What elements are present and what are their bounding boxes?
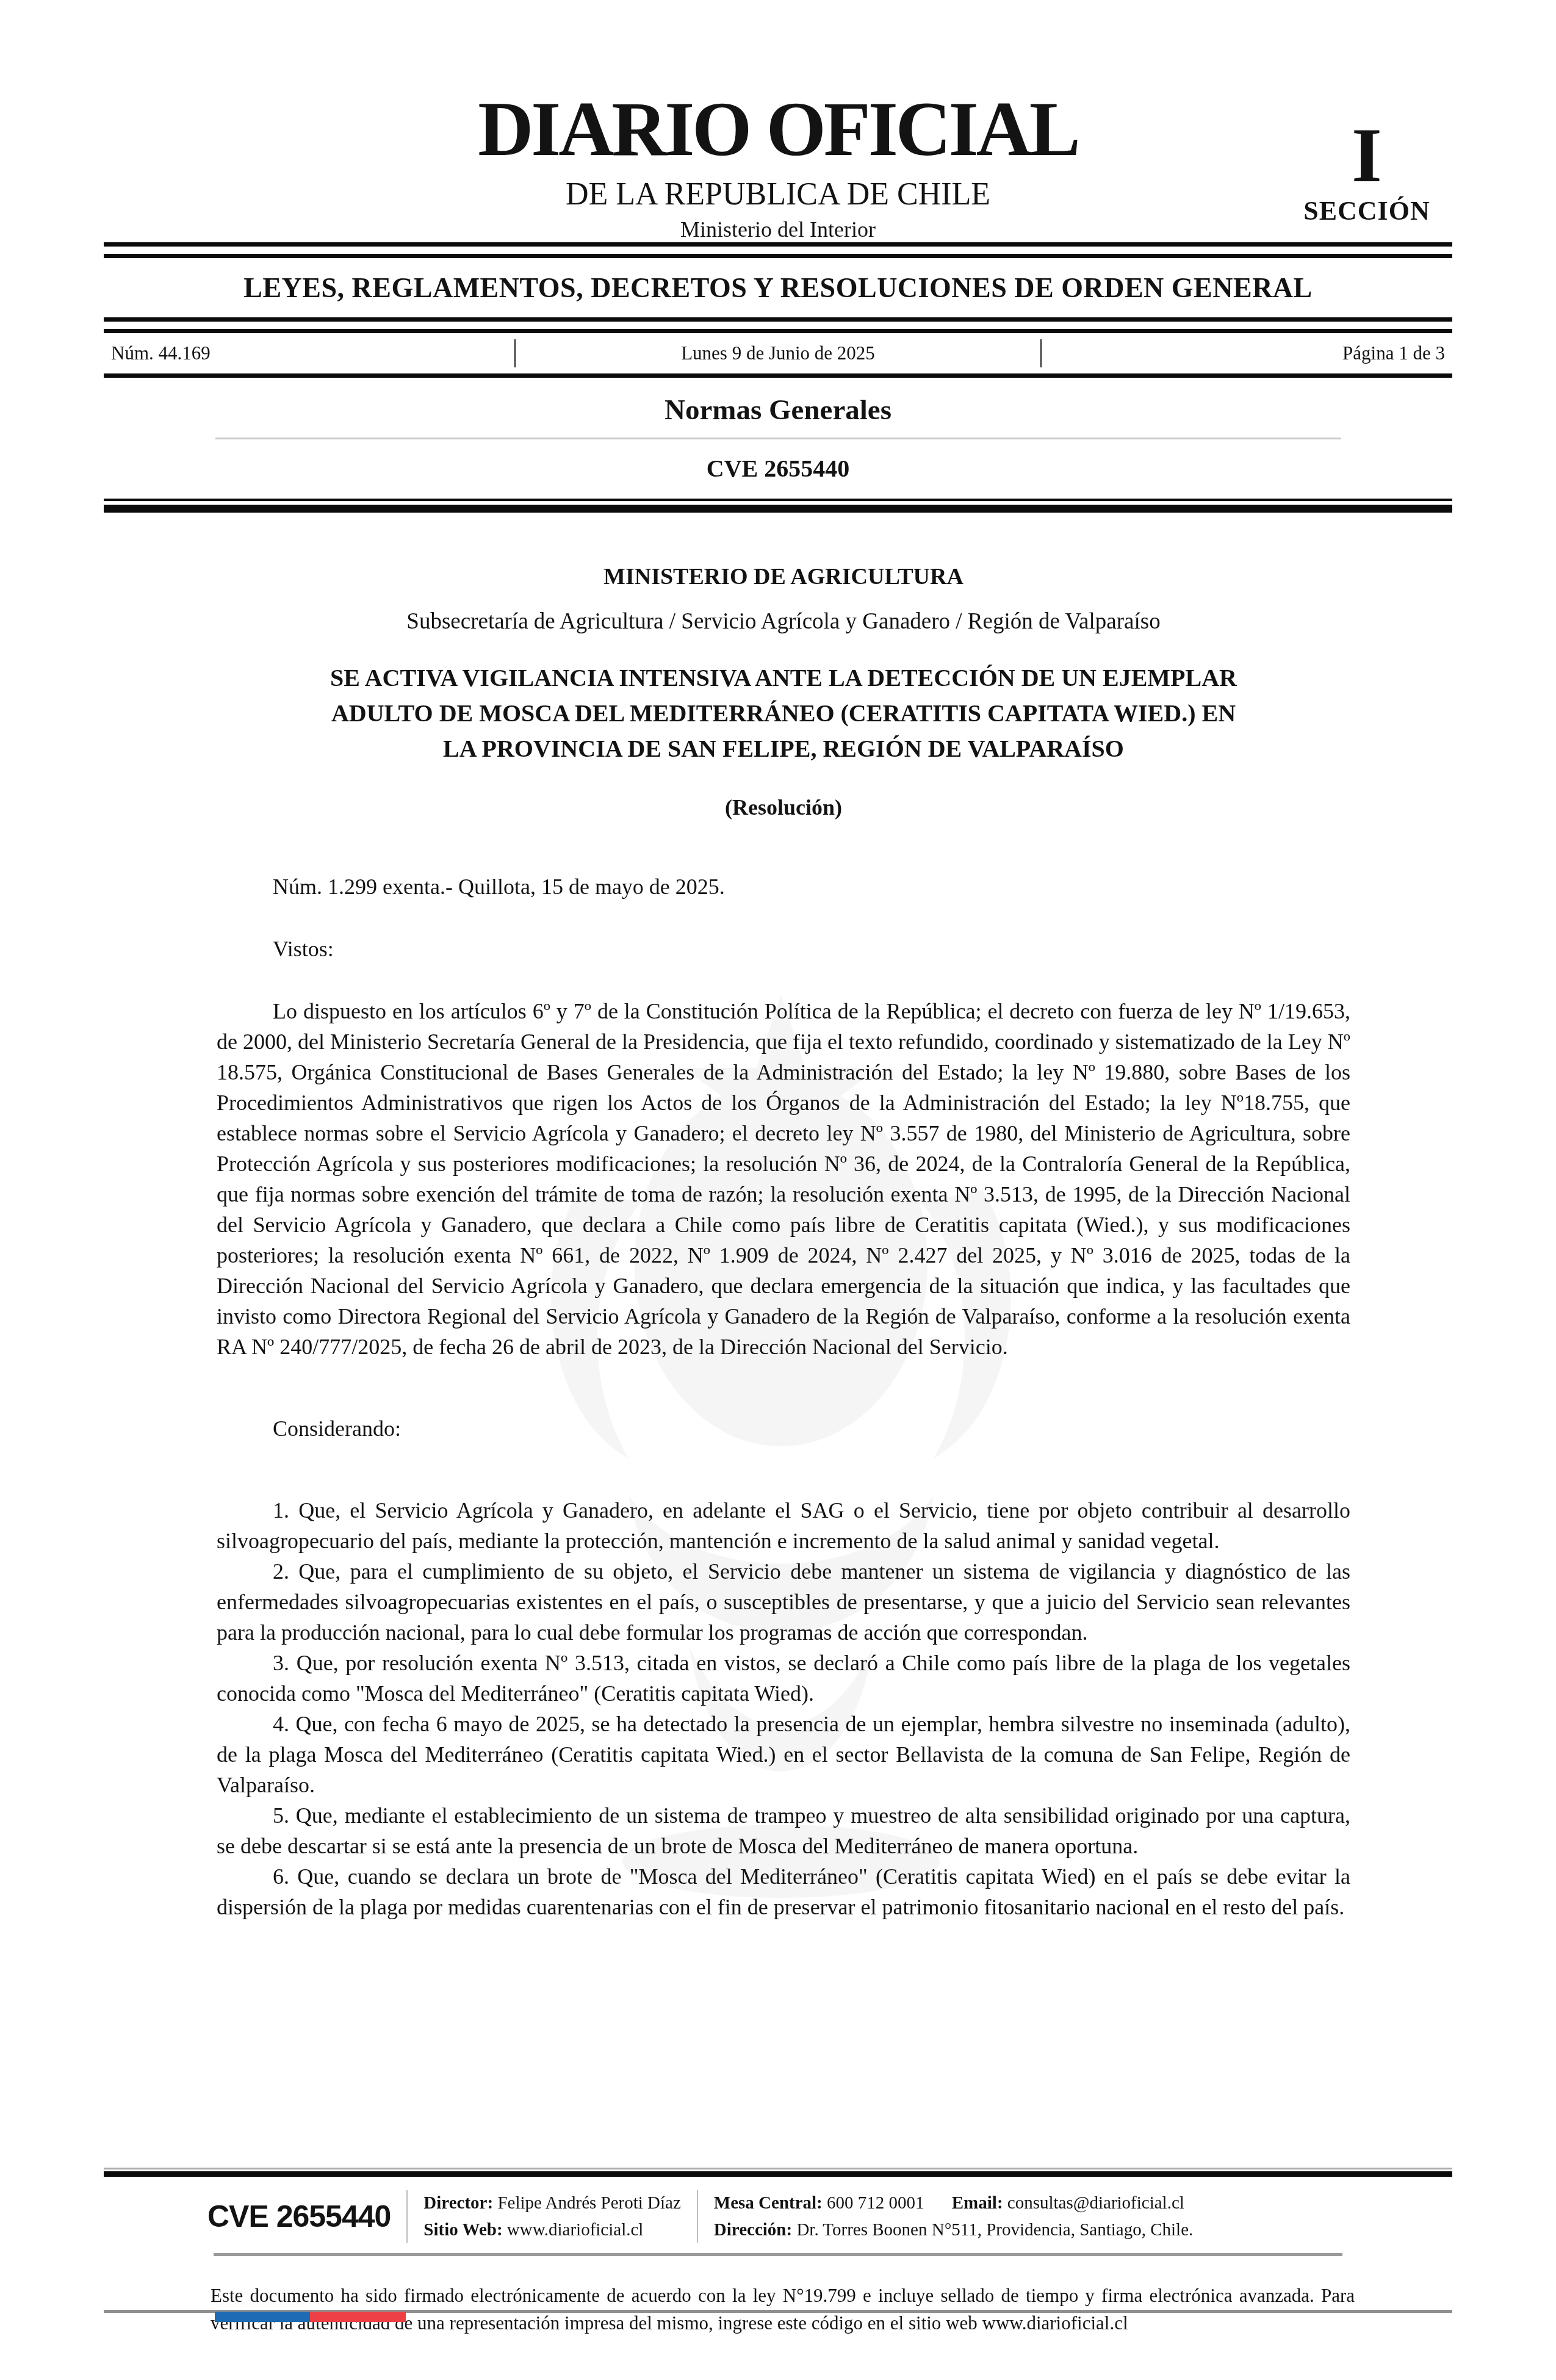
phone-label: Mesa Central: — [714, 2193, 823, 2213]
resolution-number-line: Núm. 1.299 exenta.- Quillota, 15 de mayo… — [217, 871, 1350, 902]
footer-top-rule — [104, 2168, 1452, 2177]
gazette-page: DIARIO OFICIAL DE LA REPUBLICA DE CHILE … — [0, 0, 1556, 2380]
header: DIARIO OFICIAL DE LA REPUBLICA DE CHILE … — [0, 0, 1556, 513]
director-line: Director: Felipe Andrés Peroti Díaz — [423, 2190, 680, 2216]
article-title-line: ADULTO DE MOSCA DEL MEDITERRÁNEO (CERATI… — [217, 696, 1350, 731]
legal-note: Este documento ha sido firmado electróni… — [211, 2282, 1355, 2337]
thin-thick-rule — [104, 499, 1452, 513]
article-title: SE ACTIVA VIGILANCIA INTENSIVA ANTE LA D… — [217, 660, 1350, 766]
double-rule-top — [104, 242, 1452, 258]
address-label: Dirección: — [714, 2220, 792, 2240]
article-subheading: Subsecretaría de Agricultura / Servicio … — [217, 608, 1350, 635]
light-divider — [215, 438, 1341, 439]
footer-divider — [697, 2190, 698, 2243]
banner-title: LEYES, REGLAMENTOS, DECRETOS Y RESOLUCIO… — [104, 272, 1452, 304]
cve-number-center: CVE 2655440 — [0, 454, 1556, 483]
doc-type-label: (Resolución) — [217, 795, 1350, 820]
footer-cve: CVE 2655440 — [207, 2199, 391, 2234]
section-heading: Normas Generales — [0, 394, 1556, 427]
consideration-item: 6. Que, cuando se declara un brote de "M… — [217, 1861, 1350, 1922]
vistos-label: Vistos: — [217, 934, 1350, 964]
article-title-line: SE ACTIVA VIGILANCIA INTENSIVA ANTE LA D… — [217, 660, 1350, 696]
director-label: Director: — [423, 2193, 493, 2213]
consideration-item: 2. Que, para el cumplimiento de su objet… — [217, 1556, 1350, 1648]
issue-number: Núm. 44.169 — [104, 342, 514, 364]
director-name: Felipe Andrés Peroti Díaz — [497, 2193, 680, 2213]
footer-mid-rule — [214, 2253, 1342, 2256]
direccion-line: Dirección: Dr. Torres Boonen N°511, Prov… — [714, 2216, 1193, 2243]
section-label: SECCIÓN — [1269, 195, 1464, 226]
footer-director-column: Director: Felipe Andrés Peroti Díaz Siti… — [423, 2190, 680, 2243]
chile-gov-flag-icon — [215, 2312, 406, 2322]
siteweb-line: Sitio Web: www.diarioficial.cl — [423, 2216, 680, 2243]
mesa-central-line: Mesa Central: 600 712 0001 Email: consul… — [714, 2190, 1193, 2216]
email-label: Email: — [952, 2193, 1003, 2213]
section-block: I SECCIÓN — [1269, 116, 1464, 226]
flag-red-segment — [310, 2312, 406, 2322]
consideration-item: 5. Que, mediante el establecimiento de u… — [217, 1800, 1350, 1861]
double-rule-banner — [104, 317, 1452, 333]
issue-info-row: Núm. 44.169 Lunes 9 de Junio de 2025 Pág… — [104, 333, 1452, 373]
issue-page: Página 1 de 3 — [1042, 342, 1452, 364]
address-value: Dr. Torres Boonen N°511, Providencia, Sa… — [796, 2220, 1193, 2240]
issue-date: Lunes 9 de Junio de 2025 — [516, 342, 1040, 364]
phone-value: 600 712 0001 — [827, 2193, 924, 2213]
consideration-item: 3. Que, por resolución exenta Nº 3.513, … — [217, 1648, 1350, 1709]
siteweb-label: Sitio Web: — [423, 2220, 502, 2240]
ministry-heading: MINISTERIO DE AGRICULTURA — [217, 552, 1350, 590]
article-title-line: LA PROVINCIA DE SAN FELIPE, REGIÓN DE VA… — [217, 731, 1350, 766]
flag-blue-segment — [215, 2312, 310, 2322]
section-numeral: I — [1269, 116, 1464, 194]
considerando-label: Considerando: — [217, 1413, 1350, 1444]
article: MINISTERIO DE AGRICULTURA Subsecretaría … — [217, 552, 1350, 1922]
footer-info-box: CVE 2655440 Director: Felipe Andrés Pero… — [207, 2190, 1367, 2243]
siteweb-value: www.diarioficial.cl — [507, 2220, 644, 2240]
consideration-item: 1. Que, el Servicio Agrícola y Ganadero,… — [217, 1495, 1350, 1556]
consideration-item: 4. Que, con fecha 6 mayo de 2025, se ha … — [217, 1709, 1350, 1800]
single-rule — [104, 373, 1452, 378]
footer-contact-column: Mesa Central: 600 712 0001 Email: consul… — [714, 2190, 1193, 2243]
email-value: consultas@diarioficial.cl — [1007, 2193, 1184, 2213]
vistos-paragraph: Lo dispuesto en los artículos 6º y 7º de… — [217, 996, 1350, 1362]
footer-divider — [406, 2190, 408, 2243]
